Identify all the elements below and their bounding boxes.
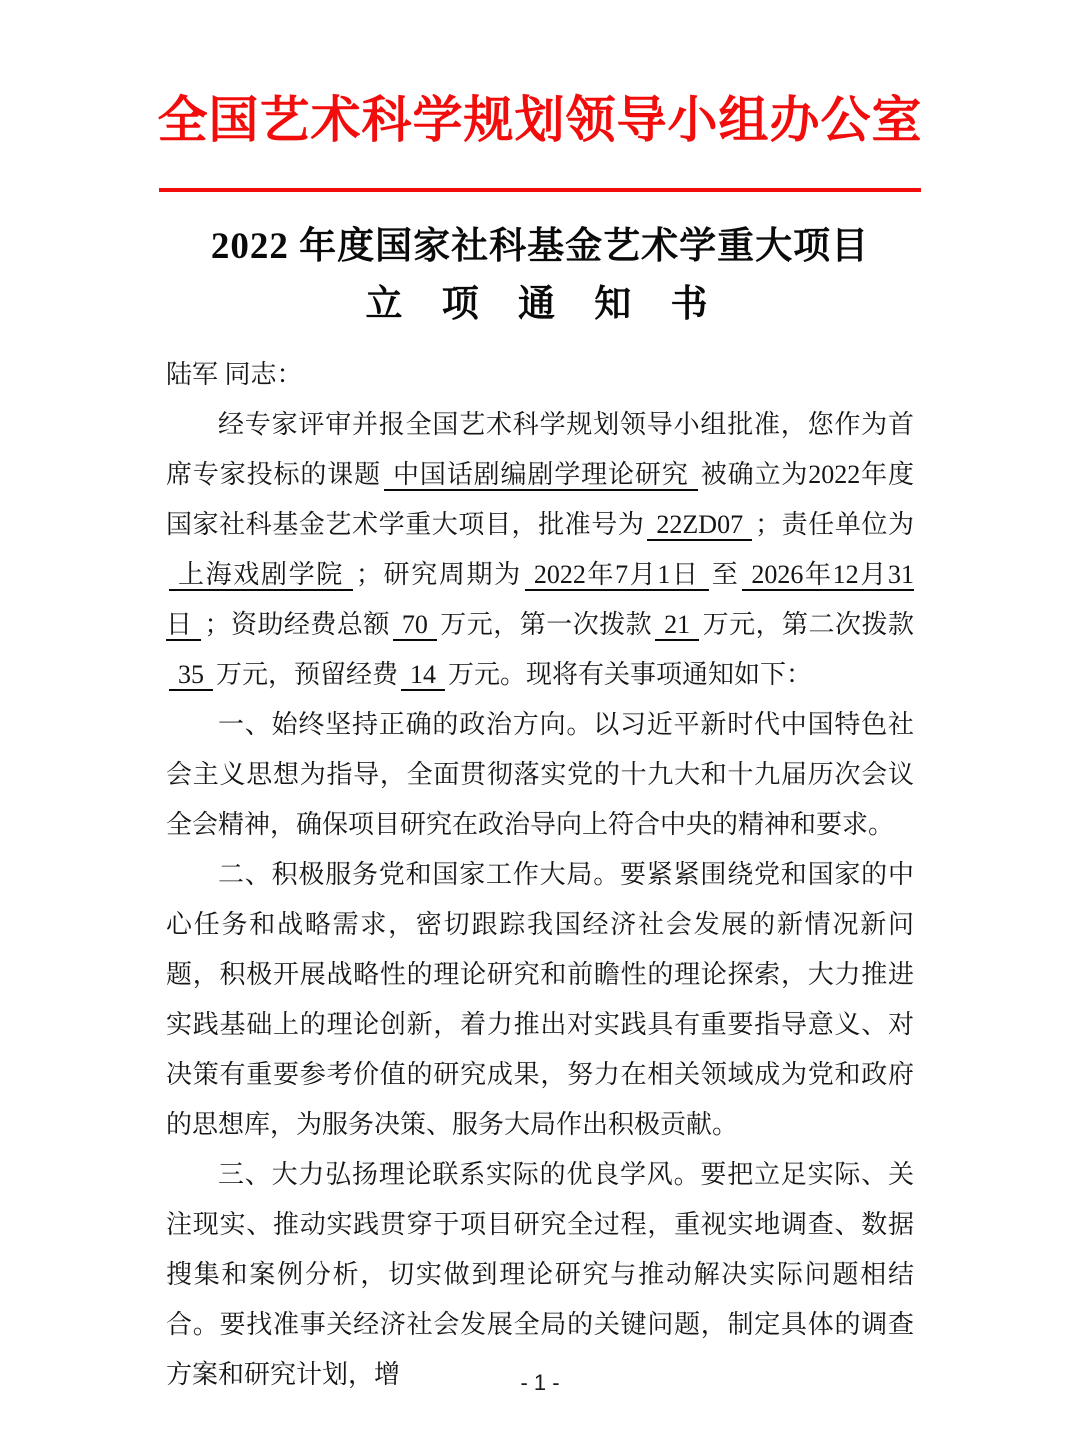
fill-in-field: 14 (401, 660, 445, 691)
numbered-paragraph-3: 三、大力弘扬理论联系实际的优良学风。要把立足实际、关注现实、推动实践贯穿于项目研… (166, 1150, 914, 1400)
intro-paragraph: 经专家评审并报全国艺术科学规划领导小组批准，您作为首席专家投标的课题中国话剧编剧… (166, 400, 914, 700)
fill-in-field: 70 (393, 610, 437, 641)
page-number: - 1 - (0, 1368, 1080, 1398)
fill-in-field: 上海戏剧学院 (169, 560, 353, 591)
body-text-segment: 万元。现将有关事项通知如下： (448, 660, 812, 689)
header-divider-rule (159, 188, 921, 192)
salutation: 陆军 同志： (166, 350, 914, 400)
fill-in-field: 35 (169, 660, 213, 691)
doc-title: 2022 年度国家社科基金艺术学重大项目 立 项 通 知 书 (0, 218, 1080, 334)
numbered-paragraph-1: 一、始终坚持正确的政治方向。以习近平新时代中国特色社会主义思想为指导，全面贯彻落… (166, 700, 914, 850)
fill-in-field: 2022年7月1日 (525, 560, 709, 591)
document-page: 全国艺术科学规划领导小组办公室 2022 年度国家社科基金艺术学重大项目 立 项… (0, 0, 1080, 1438)
fill-in-field: 21 (655, 610, 699, 641)
letter-body: 陆军 同志： 经专家评审并报全国艺术科学规划领导小组批准，您作为首席专家投标的课… (166, 350, 914, 1400)
body-text-segment: 万元，第二次拨款 (702, 610, 914, 639)
body-text-segment: 万元，预留经费 (216, 660, 398, 689)
body-text-segment: 至 (712, 560, 740, 589)
body-text-segment: ；研究周期为 (356, 560, 522, 589)
doc-title-line1: 2022 年度国家社科基金艺术学重大项目 (0, 218, 1080, 276)
doc-title-line2: 立 项 通 知 书 (0, 276, 1080, 334)
fill-in-field: 中国话剧编剧学理论研究 (384, 460, 698, 491)
issuing-org-header: 全国艺术科学规划领导小组办公室 (0, 88, 1080, 152)
body-text-segment: ；责任单位为 (755, 510, 914, 539)
body-text-segment: 万元，第一次拨款 (440, 610, 652, 639)
numbered-paragraph-2: 二、积极服务党和国家工作大局。要紧紧围绕党和国家的中心任务和战略需求，密切跟踪我… (166, 850, 914, 1150)
fill-in-field: 22ZD07 (647, 510, 752, 541)
body-text-segment: ；资助经费总额 (204, 610, 389, 639)
